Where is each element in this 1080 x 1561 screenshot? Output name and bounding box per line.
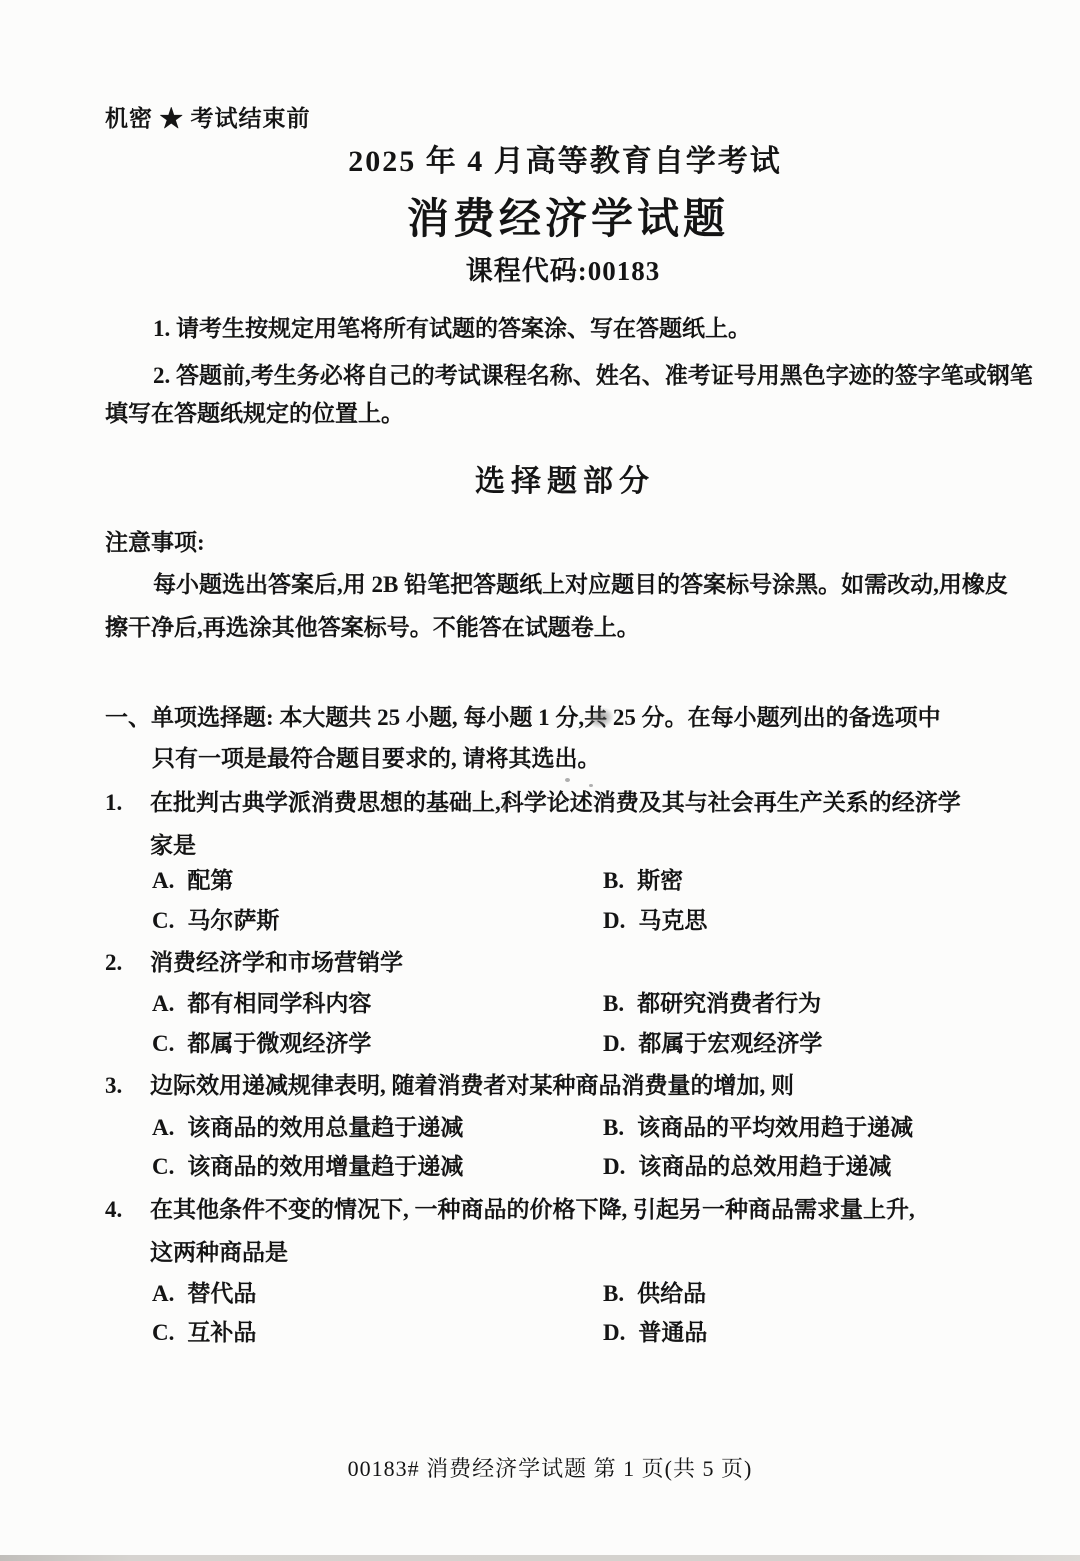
option-label: D. (603, 1152, 625, 1182)
option: A.都有相同学科内容 (152, 989, 371, 1019)
option-text: 都有相同学科内容 (187, 991, 371, 1016)
notice-heading: 注意事项: (105, 528, 205, 558)
question-stem-line: 在批判古典学派消费思想的基础上,科学论述消费及其与社会再生产关系的经济学 (150, 788, 961, 818)
option: D.都属于宏观经济学 (603, 1029, 822, 1059)
option-text: 斯密 (637, 868, 683, 893)
instruction-item-2-line-2: 填写在答题纸规定的位置上。 (105, 399, 404, 429)
option-label: C. (152, 1029, 174, 1059)
option: A.配第 (152, 866, 233, 896)
option-text: 普通品 (638, 1320, 707, 1345)
exam-title: 消费经济学试题 (56, 186, 1080, 246)
scan-artifact (565, 778, 570, 782)
question-number: 1. (105, 788, 122, 818)
option: D.普通品 (603, 1318, 707, 1348)
security-classification: 机密 ★ 考试结束前 (105, 100, 311, 133)
option: C.马尔萨斯 (152, 906, 279, 936)
option: A.该商品的效用总量趋于递减 (152, 1113, 463, 1143)
option-text: 都属于微观经济学 (187, 1031, 371, 1056)
section-heading: 选择题部分 (50, 456, 1080, 500)
footer-pagination: 00183# 消费经济学试题 第 1 页(共 5 页) (20, 1452, 1080, 1483)
option-text: 该商品的总效用趋于递减 (638, 1154, 891, 1179)
option-label: D. (603, 906, 625, 936)
notice-line-2: 擦干净后,再选涂其他答案标号。不能答在试题卷上。 (105, 613, 640, 643)
option-label: C. (152, 1152, 174, 1182)
question-stem-line: 这两种商品是 (150, 1238, 288, 1268)
option-text: 该商品的效用总量趋于递减 (187, 1115, 463, 1140)
instruction-item-2-line-1: 2. 答题前,考生务必将自己的考试课程名称、姓名、准考证号用黑色字迹的签字笔或钢… (153, 361, 1033, 391)
option-text: 都属于宏观经济学 (638, 1031, 822, 1056)
option-text: 马尔萨斯 (187, 908, 279, 933)
option: B.供给品 (603, 1279, 706, 1309)
option-label: B. (603, 1113, 624, 1143)
question-stem-line: 消费经济学和市场营销学 (150, 948, 403, 978)
session-title: 2025 年 4 月高等教育自学考试 (50, 136, 1080, 180)
option: C.该商品的效用增量趋于递减 (152, 1152, 463, 1182)
option: A.替代品 (152, 1279, 256, 1309)
option-text: 都研究消费者行为 (637, 991, 821, 1016)
option: B.都研究消费者行为 (603, 989, 821, 1019)
page-bottom-edge (0, 1555, 1080, 1561)
question-number: 4. (105, 1195, 122, 1225)
scan-artifact (589, 784, 593, 787)
option-label: A. (152, 1279, 174, 1309)
option: D.马克思 (603, 906, 707, 936)
question-number: 3. (105, 1071, 122, 1101)
option-text: 该商品的平均效用趋于递减 (637, 1115, 913, 1140)
exam-paper-page: 机密 ★ 考试结束前 2025 年 4 月高等教育自学考试 消费经济学试题 课程… (0, 0, 1080, 1561)
option-text: 马克思 (638, 908, 707, 933)
option: B.该商品的平均效用趋于递减 (603, 1113, 913, 1143)
option-label: D. (603, 1029, 625, 1059)
option: B.斯密 (603, 866, 683, 896)
part-heading-line-2: 只有一项是最符合题目要求的, 请将其选出。 (152, 744, 601, 774)
option: C.互补品 (152, 1318, 256, 1348)
option-label: A. (152, 1113, 174, 1143)
option-text: 互补品 (187, 1320, 256, 1345)
option-label: C. (152, 906, 174, 936)
question-stem-line: 在其他条件不变的情况下, 一种商品的价格下降, 引起另一种商品需求量上升, (150, 1195, 915, 1225)
option-text: 供给品 (637, 1281, 706, 1306)
option: D.该商品的总效用趋于递减 (603, 1152, 891, 1182)
notice-line-1: 每小题选出答案后,用 2B 铅笔把答题纸上对应题目的答案标号涂黑。如需改动,用橡… (153, 570, 1008, 600)
option-label: A. (152, 989, 174, 1019)
option-label: B. (603, 989, 624, 1019)
course-code: 课程代码:00183 (46, 249, 1080, 288)
option-label: B. (603, 866, 624, 896)
part-heading-line-1: 一、单项选择题: 本大题共 25 小题, 每小题 1 分,共 25 分。在每小题… (105, 703, 941, 733)
question-stem-line: 边际效用递减规律表明, 随着消费者对某种商品消费量的增加, 则 (150, 1071, 794, 1101)
question-stem-line: 家是 (150, 831, 196, 861)
option-text: 替代品 (187, 1281, 256, 1306)
option: C.都属于微观经济学 (152, 1029, 371, 1059)
question-number: 2. (105, 948, 122, 978)
option-label: A. (152, 866, 174, 896)
option-label: D. (603, 1318, 625, 1348)
instruction-item-1: 1. 请考生按规定用笔将所有试题的答案涂、写在答题纸上。 (153, 314, 751, 344)
option-text: 该商品的效用增量趋于递减 (187, 1154, 463, 1179)
option-label: C. (152, 1318, 174, 1348)
option-text: 配第 (187, 868, 233, 893)
option-label: B. (603, 1279, 624, 1309)
